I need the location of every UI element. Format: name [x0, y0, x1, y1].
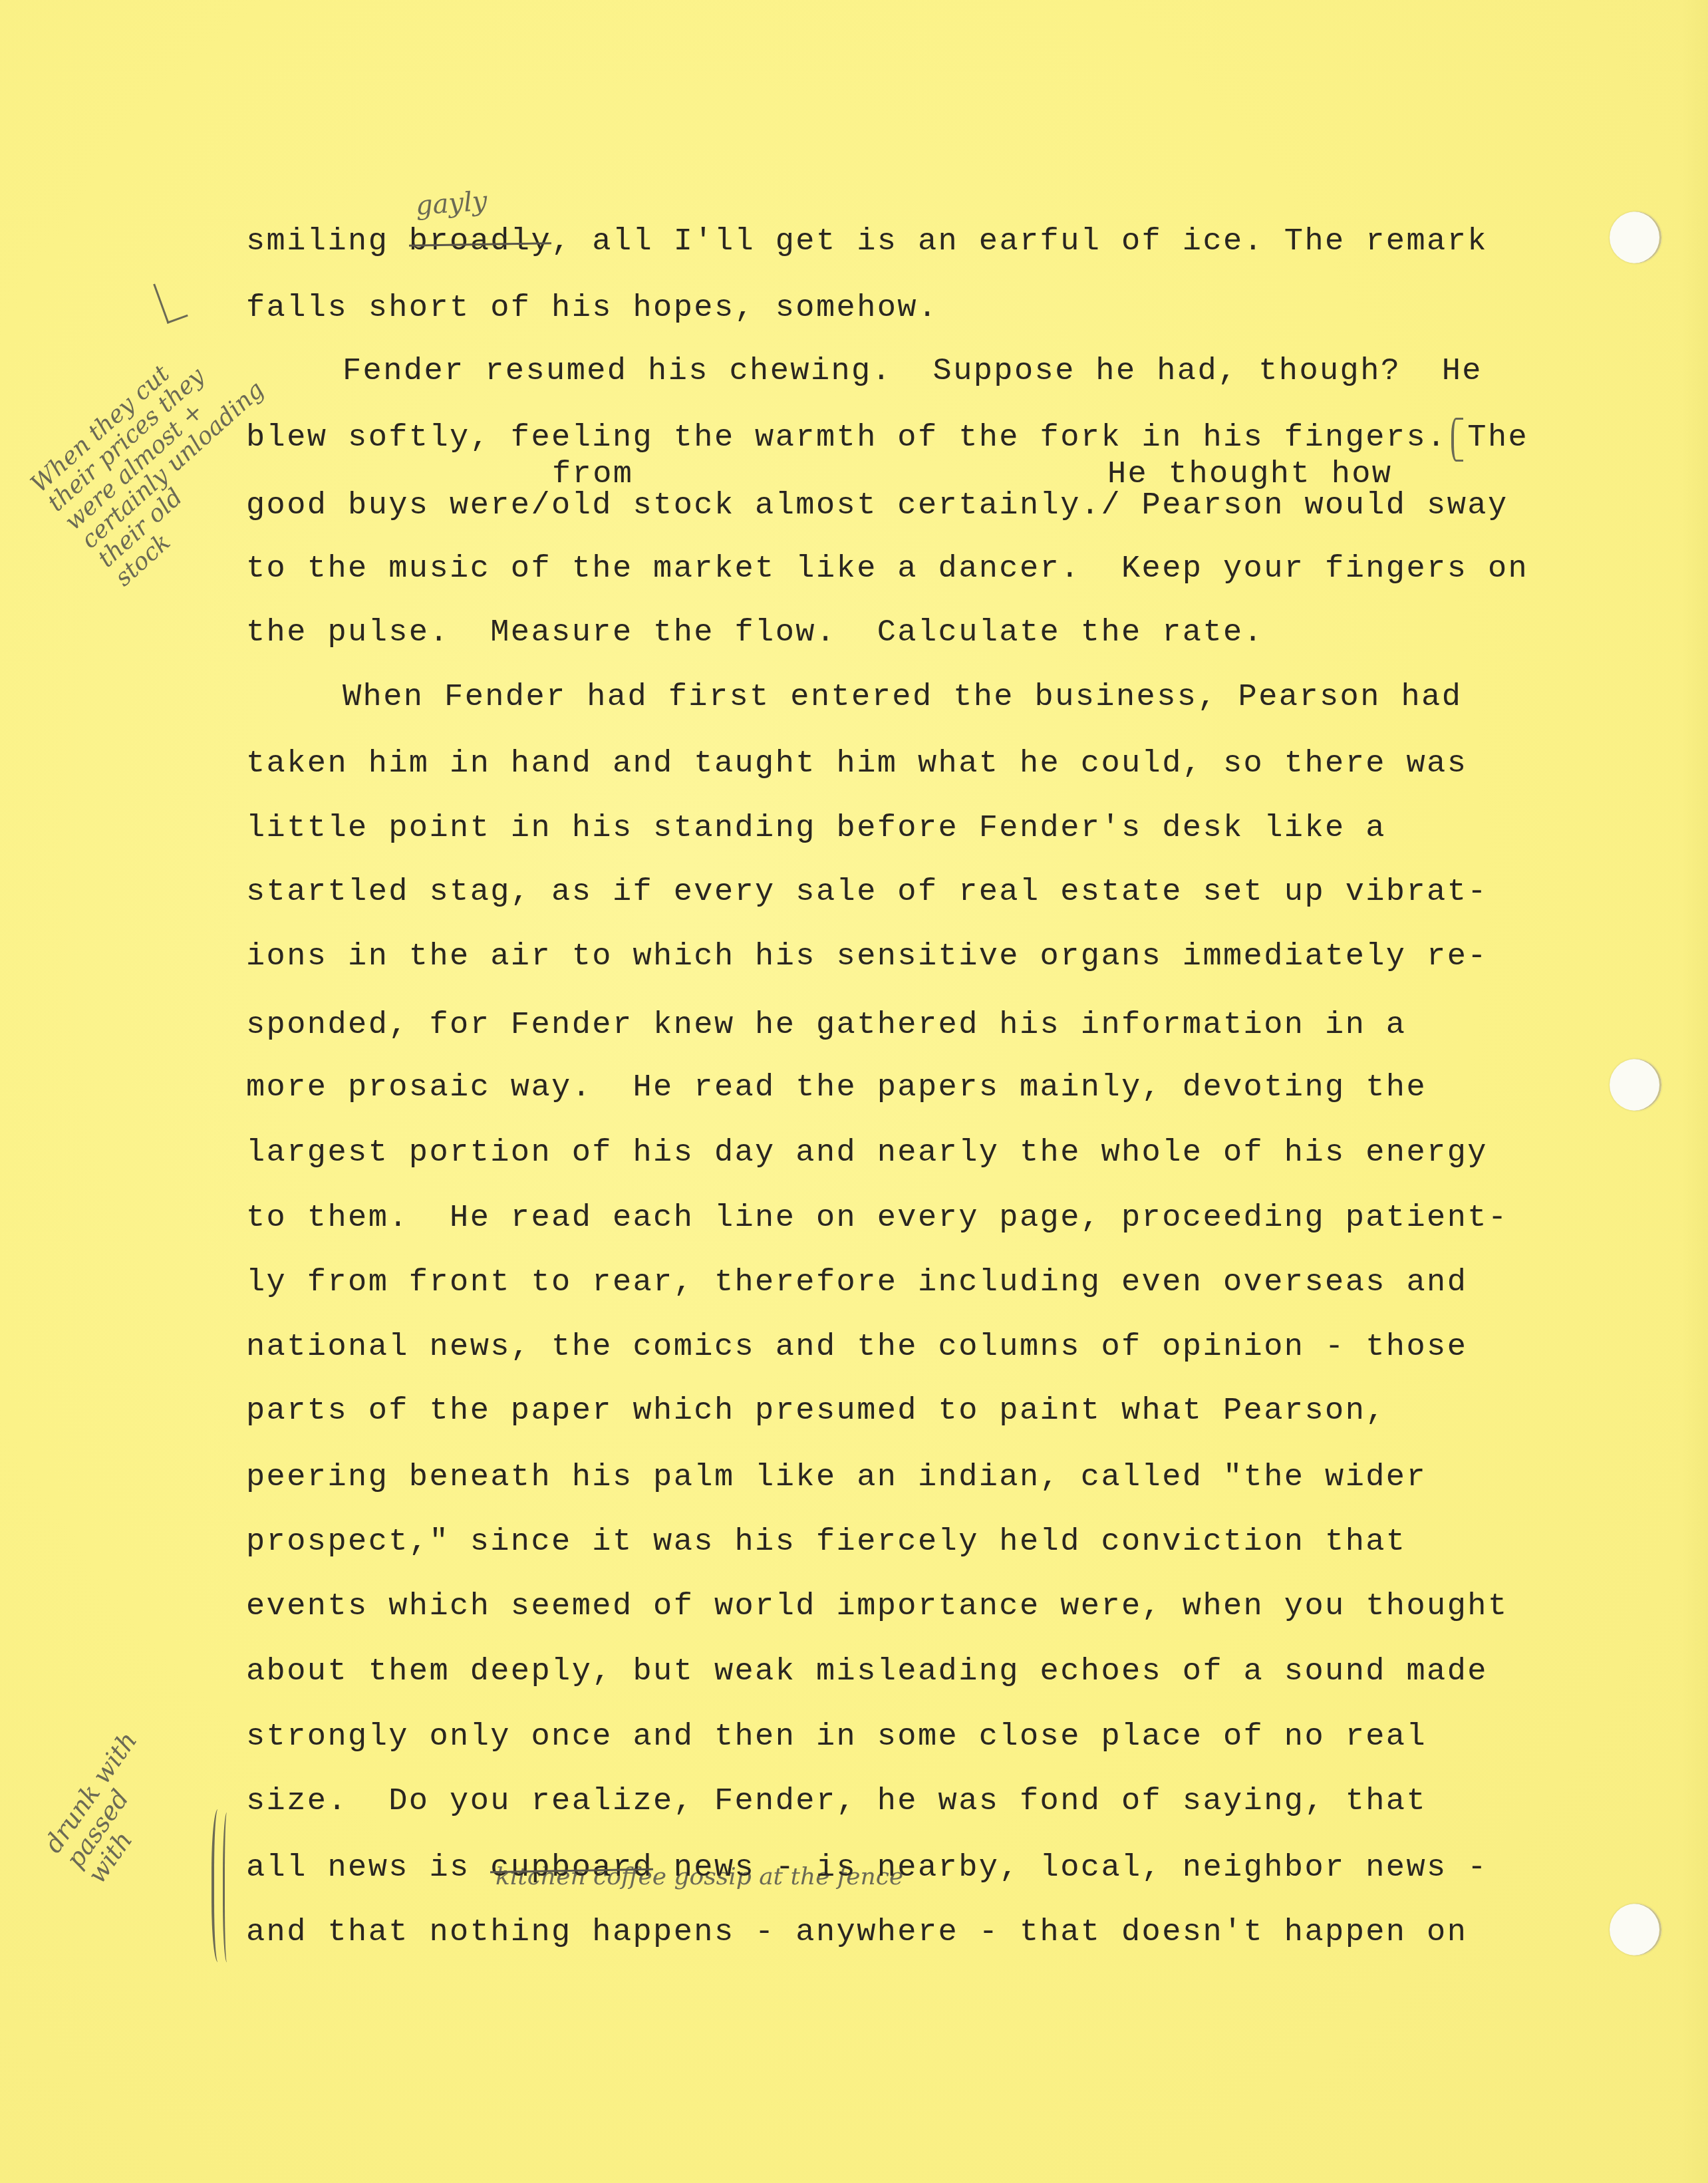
handwritten-gayly: gayly: [415, 187, 488, 219]
typed-line: little point in his standing before Fend…: [246, 813, 1386, 844]
typed-line: smiling broadly, all I'll get is an earf…: [246, 226, 1488, 257]
typed-line: more prosaic way. He read the papers mai…: [246, 1072, 1427, 1103]
typed-line: national news, the comics and the column…: [246, 1332, 1467, 1363]
typed-line: size. Do you realize, Fender, he was fon…: [246, 1786, 1427, 1817]
typed-line: falls short of his hopes, somehow.: [246, 293, 938, 324]
typed-line: prospect," since it was his fiercely hel…: [246, 1527, 1406, 1558]
margin-bracket-left-inner: [223, 1813, 233, 1962]
paper-edge: [1681, 0, 1708, 2183]
typed-insert-he-thought-how: He thought how: [1107, 459, 1392, 490]
typed-line: events which seemed of world importance …: [246, 1591, 1508, 1622]
typed-line: When Fender had first entered the busine…: [343, 682, 1462, 713]
typed-line: to the music of the market like a dancer…: [246, 553, 1528, 585]
typed-line: strongly only once and then in some clos…: [246, 1721, 1427, 1753]
typed-line: to them. He read each line on every page…: [246, 1203, 1508, 1234]
typed-line: taken him in hand and taught him what he…: [246, 748, 1467, 780]
typed-insert-from: from: [552, 459, 633, 490]
struck-word: broadly: [409, 224, 551, 259]
typed-line: good buys were/old stock almost certainl…: [246, 490, 1508, 521]
struck-word: cupboard: [490, 1850, 653, 1886]
typed-line: sponded, for Fender knew he gathered his…: [246, 1010, 1406, 1041]
binder-hole-bottom: [1610, 1904, 1661, 1956]
binder-hole-top: [1610, 212, 1661, 263]
binder-hole-middle: [1610, 1059, 1661, 1111]
typed-line: peering beneath his palm like an indian,…: [246, 1462, 1427, 1493]
typed-line: parts of the paper which presumed to pai…: [246, 1395, 1386, 1427]
typed-line: blew softly, feeling the warmth of the f…: [246, 422, 1528, 454]
typed-line: Fender resumed his chewing. Suppose he h…: [343, 356, 1483, 387]
typed-line: the pulse. Measure the flow. Calculate t…: [246, 617, 1264, 649]
typed-line: about them deeply, but weak misleading e…: [246, 1656, 1488, 1687]
typed-line: ly from front to rear, therefore includi…: [246, 1267, 1467, 1298]
typed-line: ions in the air to which his sensitive o…: [246, 941, 1488, 972]
typed-line: startled stag, as if every sale of real …: [246, 877, 1488, 908]
typed-line: and that nothing happens - anywhere - th…: [246, 1917, 1467, 1948]
typed-line: largest portion of his day and nearly th…: [246, 1137, 1488, 1169]
typed-line: all news is cupboard news - is nearby, l…: [246, 1852, 1488, 1884]
